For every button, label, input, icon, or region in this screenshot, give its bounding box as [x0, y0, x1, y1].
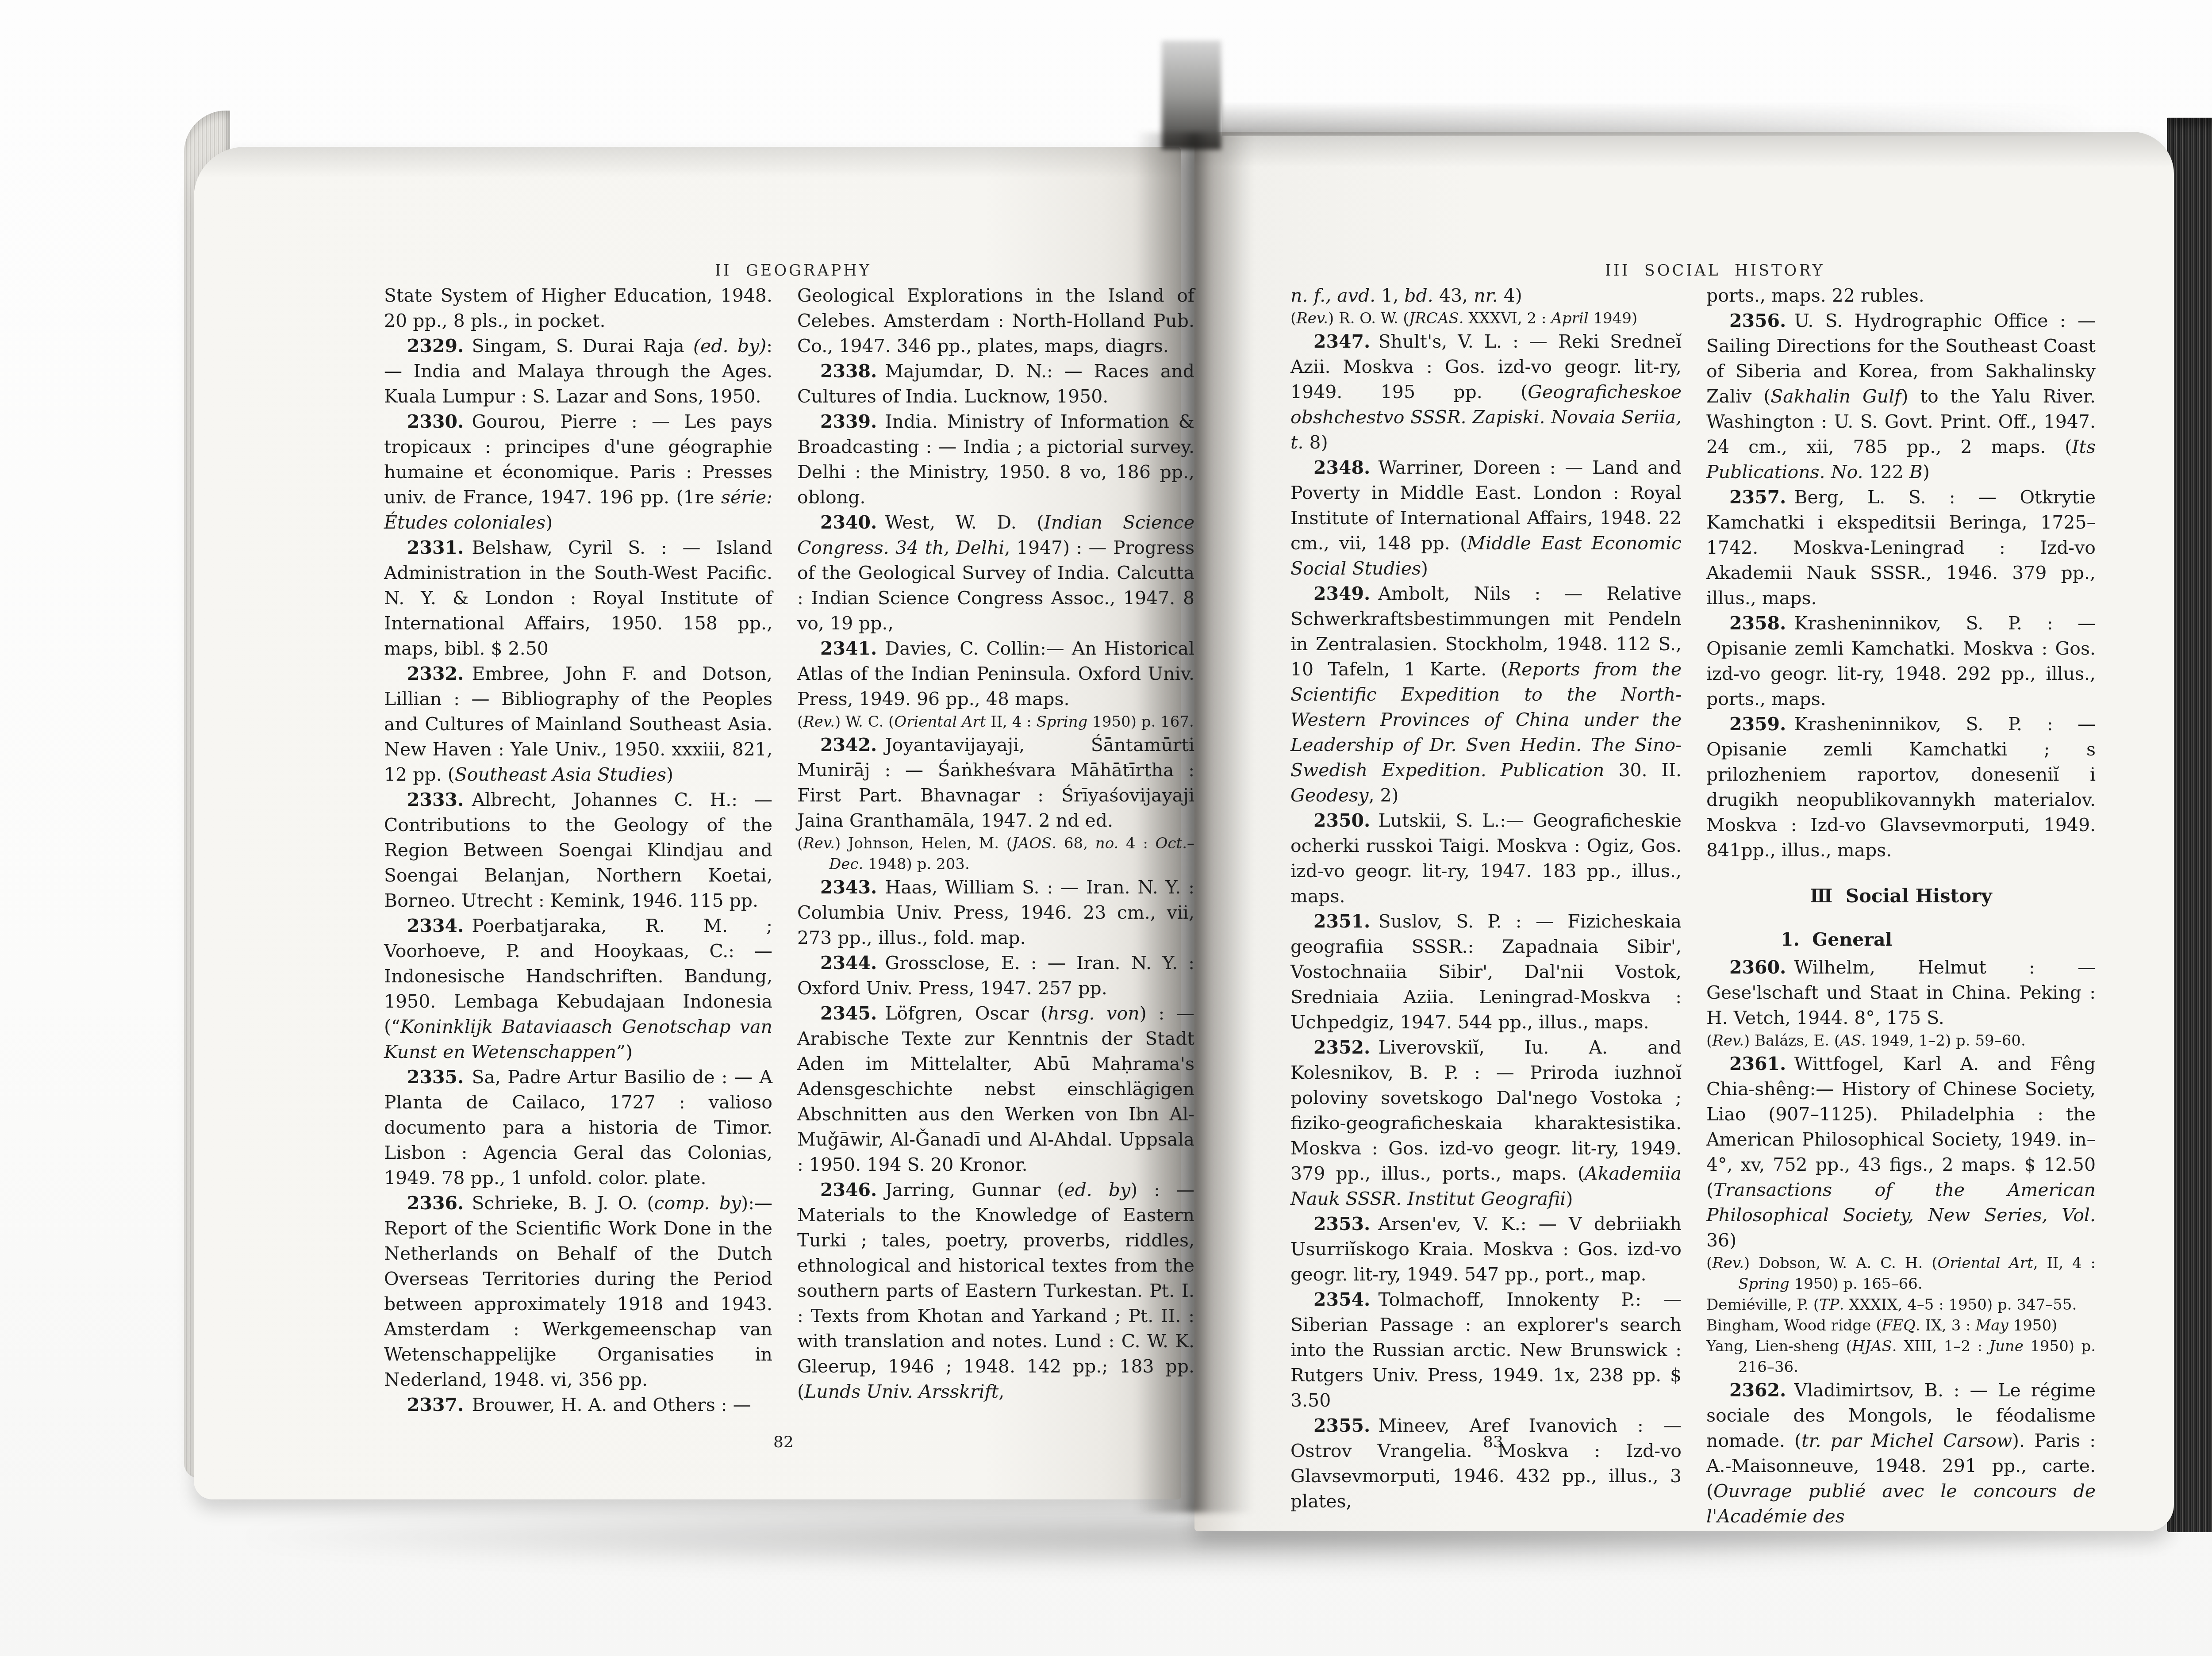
entry-number: 2330.: [407, 411, 472, 432]
page-top-shadow: [1222, 102, 2098, 136]
entry-number: 2358.: [1729, 613, 1794, 634]
continuation-text: ports., maps. 22 rubles.: [1706, 283, 2096, 308]
bib-entry: 2348.Warriner, Doreen : — Land and Pover…: [1290, 455, 1682, 581]
bib-entry: 2345.Löfgren, Oscar (hrsg. von) : — Arab…: [797, 1001, 1194, 1177]
entry-number: 2335.: [407, 1066, 472, 1088]
entry-number: 2333.: [407, 789, 472, 810]
bib-entry: 2341.Davies, C. Collin:— An Historical A…: [797, 636, 1194, 712]
left-page-column-1: State System of Higher Education, 1948. …: [384, 283, 772, 1418]
entry-number: 2348.: [1313, 457, 1378, 478]
bib-entry: 2334.Poerbatjaraka, R. M. ; Voorhoeve, P…: [384, 913, 772, 1065]
review-note: (Rev.) R. O. W. (JRCAS. XXXVI, 2 : April…: [1290, 308, 1682, 329]
entry-number: 2362.: [1729, 1380, 1794, 1401]
bib-entry: 2352.Liverovskiĭ, Iu. A. and Kolesnikov,…: [1290, 1035, 1682, 1211]
review-note: Demiéville, P. (TP. XXXIX, 4–5 : 1950) p…: [1706, 1295, 2096, 1315]
bib-entry: 2353.Arsen'ev, V. K.: — V debriiakh Usur…: [1290, 1211, 1682, 1287]
bib-entry: 2357.Berg, L. S. : — Otkrytie Kamchatki …: [1706, 485, 2096, 611]
photo-backdrop: II GEOGRAPHY III SOCIAL HISTORY State Sy…: [0, 0, 2212, 1656]
continuation-text: State System of Higher Education, 1948. …: [384, 283, 772, 333]
entry-number: 2351.: [1313, 911, 1378, 932]
bib-entry: 2355.Mineev, Aref Ivanovich : — Ostrov V…: [1290, 1413, 1682, 1514]
bib-entry: 2335.Sa, Padre Artur Basilio de : — A Pl…: [384, 1065, 772, 1191]
review-note: Yang, Lien-sheng (HJAS. XIII, 1–2 : June…: [1706, 1336, 2096, 1378]
bib-entry: 2346.Jarring, Gunnar (ed. by) : — Materi…: [797, 1177, 1194, 1404]
review-note: Bingham, Wood ridge (FEQ. IX, 3 : May 19…: [1706, 1315, 2096, 1336]
entry-number: 2338.: [820, 360, 885, 382]
entry-number: 2360.: [1729, 957, 1794, 978]
bib-entry: 2354.Tolmachoff, Innokenty P.: — Siberia…: [1290, 1287, 1682, 1413]
left-page-column-2: Geological Explorations in the Island of…: [797, 283, 1194, 1404]
continuation-text: Geological Explorations in the Island of…: [797, 283, 1194, 359]
bib-entry: 2350.Lutskii, S. L.:— Geograficheskie oc…: [1290, 808, 1682, 909]
bib-entry: 2362.Vladimirtsov, B. : — Le régime soci…: [1706, 1378, 2096, 1529]
bib-entry: 2347.Shult's, V. L. : — Reki Sredneĭ Azi…: [1290, 329, 1682, 455]
entry-number: 2343.: [820, 877, 885, 898]
bib-entry: 2333.Albrecht, Johannes C. H.: — Contrib…: [384, 787, 772, 913]
bib-entry: 2361.Wittfogel, Karl A. and Fêng Chia-sh…: [1706, 1051, 2096, 1253]
entry-number: 2352.: [1313, 1037, 1378, 1058]
entry-number: 2345.: [820, 1003, 885, 1024]
bib-entry: 2344.Grossclose, E. : — Iran. N. Y. : Ox…: [797, 951, 1194, 1001]
entry-number: 2337.: [407, 1394, 472, 1415]
bib-entry: 2340.West, W. D. (Indian Science Congres…: [797, 510, 1194, 636]
review-note: (Rev.) W. C. (Oriental Art II, 4 : Sprin…: [797, 712, 1194, 732]
bib-entry: 2349.Ambolt, Nils : — Relative Schwerkra…: [1290, 581, 1682, 808]
entry-number: 2331.: [407, 537, 472, 558]
entry-number: 2346.: [820, 1179, 885, 1200]
continuation-text: n. f., avd. 1, bd. 43, nr. 4): [1290, 283, 1682, 308]
entry-number: 2341.: [820, 638, 885, 659]
running-head-social-history: III SOCIAL HISTORY: [1605, 262, 1825, 280]
entry-number: 2347.: [1313, 331, 1378, 352]
entry-number: 2329.: [407, 335, 472, 356]
entry-number: 2340.: [820, 512, 885, 533]
entry-number: 2336.: [407, 1192, 472, 1214]
entry-number: 2361.: [1729, 1053, 1794, 1074]
bib-entry: 2343.Haas, William S. : — Iran. N. Y. : …: [797, 875, 1194, 951]
review-note: (Rev.) Dobson, W. A. C. H. (Oriental Art…: [1706, 1253, 2096, 1295]
section-heading: Ⅲ Social History: [1706, 883, 2096, 908]
bib-entry: 2338.Majumdar, D. N.: — Races and Cultur…: [797, 359, 1194, 409]
bib-entry: 2330.Gourou, Pierre : — Les pays tropica…: [384, 409, 772, 535]
entry-number: 2342.: [820, 734, 885, 755]
entry-number: 2356.: [1729, 310, 1794, 331]
bib-entry: 2329.Singam, S. Durai Raja (ed. by):— In…: [384, 333, 772, 409]
bib-entry: 2358.Krasheninnikov, S. P. : — Opisanie …: [1706, 611, 2096, 712]
bib-entry: 2339.India. Ministry of Information & Br…: [797, 409, 1194, 510]
right-page-column-2: ports., maps. 22 rubles.2356.U. S. Hydro…: [1706, 283, 2096, 1529]
entry-number: 2353.: [1313, 1213, 1378, 1234]
right-page-column-1: n. f., avd. 1, bd. 43, nr. 4)(Rev.) R. O…: [1290, 283, 1682, 1514]
bib-entry: 2337.Brouwer, H. A. and Others : —: [384, 1392, 772, 1418]
page-number-right: 83: [1483, 1433, 1503, 1451]
entry-number: 2334.: [407, 915, 472, 936]
entry-number: 2339.: [820, 411, 885, 432]
page-number-left: 82: [773, 1433, 794, 1451]
bib-entry: 2342.Joyantavijayaji, Śāntamūrti Munirāj…: [797, 732, 1194, 833]
review-note: (Rev.) Balázs, E. (AS. 1949, 1–2) p. 59–…: [1706, 1031, 2096, 1051]
bib-entry: 2332.Embree, John F. and Dotson, Lillian…: [384, 661, 772, 787]
entry-number: 2355.: [1313, 1415, 1378, 1436]
review-note: (Rev.) Johnson, Helen, M. (JAOS. 68, no.…: [797, 833, 1194, 875]
running-head-geography: II GEOGRAPHY: [715, 262, 872, 280]
bib-entry: 2360.Wilhelm, Helmut : — Gese'lschaft un…: [1706, 955, 2096, 1031]
bib-entry: 2351.Suslov, S. P. : — Fizicheskaia geog…: [1290, 909, 1682, 1035]
entry-number: 2350.: [1313, 810, 1378, 831]
bib-entry: 2359.Krasheninnikov, S. P. : — Opisanie …: [1706, 712, 2096, 863]
bib-entry: 2331.Belshaw, Cyril S. : — Island Admini…: [384, 535, 772, 661]
entry-number: 2344.: [820, 952, 885, 974]
entry-number: 2359.: [1729, 713, 1794, 735]
entry-number: 2357.: [1729, 487, 1794, 508]
subsection-heading: 1. General: [1706, 927, 2096, 952]
bib-entry: 2356.U. S. Hydrographic Office : — Saili…: [1706, 308, 2096, 485]
entry-number: 2349.: [1313, 583, 1378, 604]
bib-entry: 2336.Schrieke, B. J. O. (comp. by):— Rep…: [384, 1191, 772, 1392]
entry-number: 2332.: [407, 663, 472, 684]
entry-number: 2354.: [1313, 1289, 1378, 1310]
